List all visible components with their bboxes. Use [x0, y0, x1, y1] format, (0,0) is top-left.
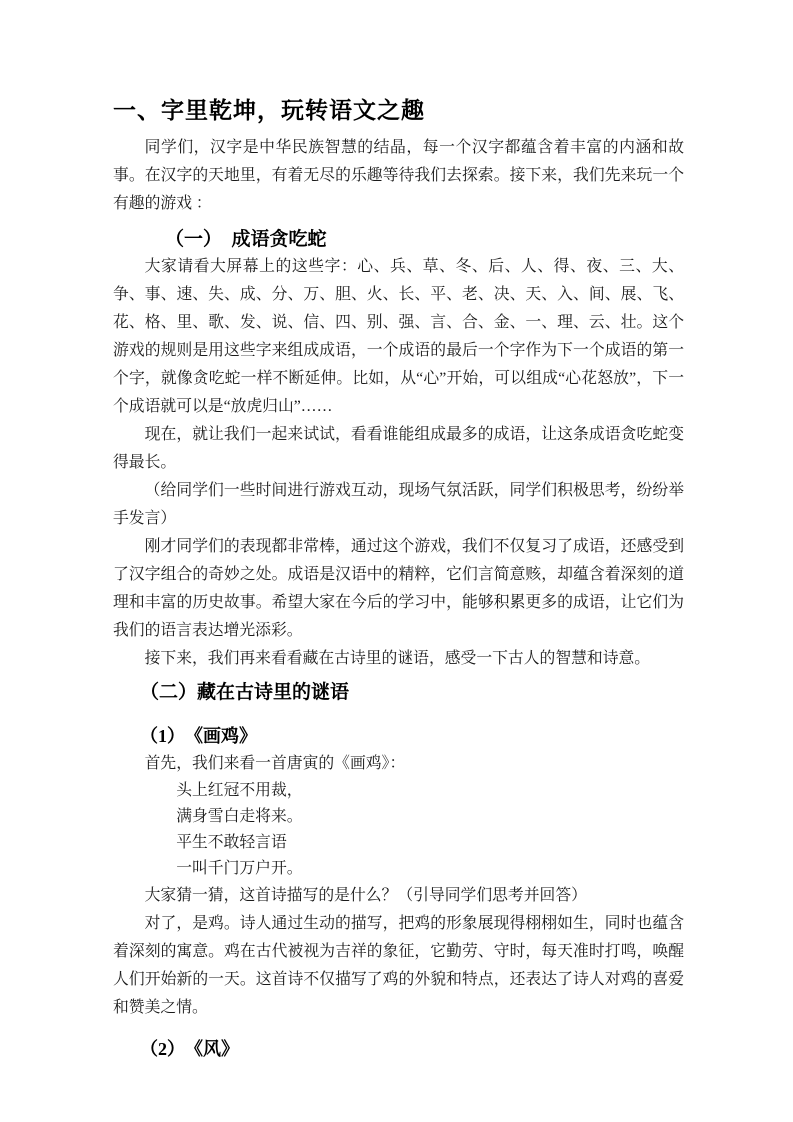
section2-heading: （二）藏在古诗里的谜语	[113, 679, 684, 707]
poem-line: 头上红冠不用裁，	[113, 778, 684, 804]
interaction-note-paragraph: （给同学们一些时间进行游戏互动，现场气氛活跃，同学们积极思考，纷纷举手发言）	[113, 477, 684, 533]
poem-line: 满身雪白走将来。	[113, 804, 684, 830]
answer-paragraph: 对了，是鸡。诗人通过生动的描写，把鸡的形象展现得栩栩如生，同时也蕴含着深刻的寓意…	[113, 910, 684, 1022]
poem1-intro-paragraph: 首先，我们来看一首唐寅的《画鸡》：	[113, 750, 684, 778]
document-page: 一、字里乾坤，玩转语文之趣 同学们，汉字是中华民族智慧的结晶，每一个汉字都蕴含着…	[0, 0, 793, 1122]
poem-line: 一叫千门万户开。	[113, 856, 684, 882]
characters-paragraph: 大家请看大屏幕上的这些字：心、兵、草、冬、后、人、得、夜、三、大、争、事、速、失…	[113, 253, 684, 421]
intro-paragraph: 同学们，汉字是中华民族智慧的结晶，每一个汉字都蕴含着丰富的内涵和故事。在汉字的天…	[113, 134, 684, 218]
poem1-heading: （1） 《画鸡》	[113, 723, 684, 750]
page-title: 一、字里乾坤，玩转语文之趣	[113, 96, 684, 126]
transition-paragraph: 接下来，我们再来看看藏在古诗里的谜语，感受一下古人的智慧和诗意。	[113, 645, 684, 673]
question-paragraph: 大家猜一猜，这首诗描写的是什么？（引导同学们思考并回答）	[113, 882, 684, 910]
section1-heading: （一） 成语贪吃蛇	[113, 226, 684, 253]
poem2-heading: （2） 《风》	[113, 1036, 684, 1063]
summary-paragraph: 刚才同学们的表现都非常棒，通过这个游戏，我们不仅复习了成语，还感受到了汉字组合的…	[113, 533, 684, 645]
poem1-body: 头上红冠不用裁， 满身雪白走将来。 平生不敢轻言语 一叫千门万户开。	[113, 778, 684, 882]
try-paragraph: 现在，就让我们一起来试试，看看谁能组成最多的成语，让这条成语贪吃蛇变得最长。	[113, 421, 684, 477]
poem-line: 平生不敢轻言语	[113, 830, 684, 856]
